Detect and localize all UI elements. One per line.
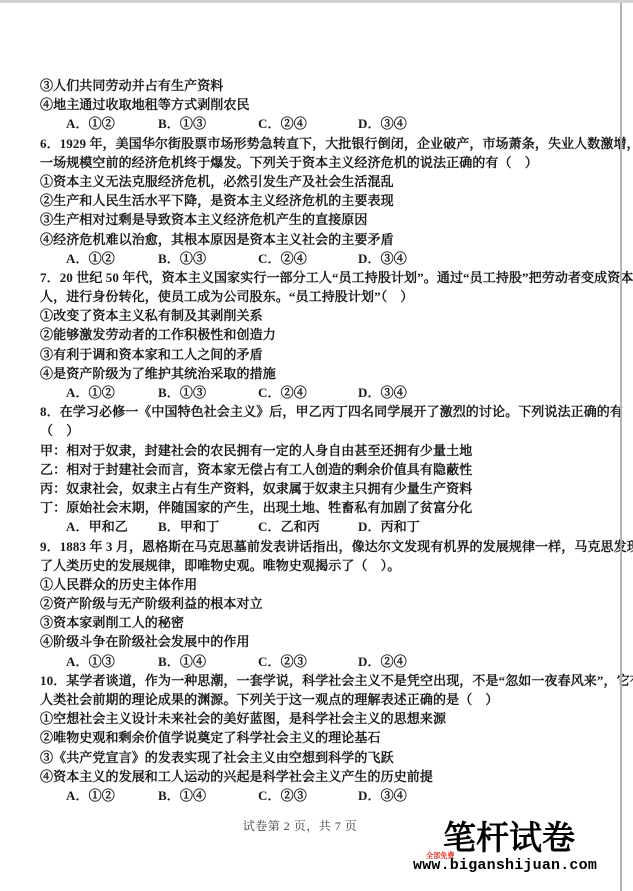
question-6-options-d: D．③④ [358,249,407,268]
question-6-options-b: B．①③ [158,249,258,268]
logo-free-badge: 全部免费 [426,850,455,861]
question-6-stem-line-2: 一场规模空前的经济危机终于爆发。下列关于资本主义经济危机的说法正确的有（ ） [40,153,606,172]
question-7-stem-line-2: 人，进行身份转化，使员工成为公司股东。“员工持股计划”（ ） [40,287,606,306]
question-7-options-a: A．①② [66,383,158,402]
question-9-stem-line-2: 了人类历史的发展规律，即唯物史观。唯物史观揭示了（ ）。 [40,556,606,575]
question-6-options-a: A．①② [66,249,158,268]
exam-content: ③人们共同劳动并占有生产资料④地主通过收取地租等方式剥削农民A．①②B．①③C．… [40,76,606,805]
page-top-border [0,0,633,3]
question-9-options-b: B．①④ [158,652,258,671]
question-8-item-4: 丁：原始社会末期，伴随国家的产生，出现土地、牲畜私有加剧了贫富分化 [40,498,606,517]
question-10-options-a: A．①② [66,786,158,805]
question-10-options-b: B．①④ [158,786,258,805]
question-7-item-2: ②能够激发劳动者的工作积极性和创造力 [40,325,606,344]
question-6-item-4: ④经济危机难以治愈，其根本原因是资本主义社会的主要矛盾 [40,230,606,249]
question-8-stem-line-2: （ ） [40,421,606,440]
question-9-options-c: C．②③ [258,652,358,671]
question-7-item-3: ③有利于调和资本家和工人之间的矛盾 [40,345,606,364]
biganshijuan-logo: 全部免费 笔杆试卷 www.biganshijuan.com [412,819,612,875]
question-7-options: A．①②B．①③C．②④D．③④ [40,383,606,402]
question-8-options: A．甲和乙B．甲和丁C．乙和丙D．丙和丁 [40,517,606,536]
question-6-item-3: ③生产相对过剩是导致资本主义经济危机产生的直接原因 [40,210,606,229]
question-6-stem-line-1: 6．1929 年，美国华尔街股票市场形势急转直下，大批银行倒闭，企业破产，市场萧… [40,134,606,153]
question-10-item-2: ②唯物史观和剩余价值学说奠定了科学社会主义的理论基石 [40,728,606,747]
question-7-options-b: B．①③ [158,383,258,402]
question-10-item-4: ④资本主义的发展和工人运动的兴起是科学社会主义产生的历史前提 [40,767,606,786]
question-9-item-2: ②资产阶级与无产阶级利益的根本对立 [40,594,606,613]
question-8-options-a: A．甲和乙 [66,517,158,536]
question-9-options: A．①③B．①④C．②③D．②④ [40,652,606,671]
question-10-options: A．①②B．①④C．②③D．③④ [40,786,606,805]
prev-question-options-b: B．①③ [158,114,258,133]
question-10-item-1: ①空想社会主义设计未来社会的美好蓝图，是科学社会主义的思想来源 [40,709,606,728]
question-8-item-1: 甲：相对于奴隶，封建社会的农民拥有一定的人身自由甚至还拥有少量土地 [40,441,606,460]
prev-question-item-1: ③人们共同劳动并占有生产资料 [40,76,606,95]
question-9-stem-line-1: 9．1883 年 3 月，恩格斯在马克思墓前发表讲话指出，像达尔文发现有机界的发… [40,537,606,556]
question-10-options-d: D．③④ [358,786,407,805]
prev-question-item-2: ④地主通过收取地租等方式剥削农民 [40,95,606,114]
prev-question-options-c: C．②④ [258,114,358,133]
question-9-item-1: ①人民群众的历史主体作用 [40,575,606,594]
question-9-item-3: ③资本家剥削工人的秘密 [40,613,606,632]
prev-question-options-d: D．③④ [358,114,407,133]
question-10-options-c: C．②③ [258,786,358,805]
question-10-item-3: ③《共产党宣言》的发表实现了社会主义由空想到科学的飞跃 [40,748,606,767]
question-7-item-4: ④是资产阶级为了维护其统治采取的措施 [40,364,606,383]
logo-title: 笔杆试卷 [443,819,612,857]
question-10-stem-line-1: 10．某学者谈道，作为一种思潮，一套学说，科学社会主义不是凭空出现，不是“忽如一… [40,671,606,690]
question-9-item-4: ④阶级斗争在阶级社会发展中的作用 [40,632,606,651]
question-9-options-d: D．②④ [358,652,407,671]
question-9-options-a: A．①③ [66,652,158,671]
question-6-options: A．①②B．①③C．②④D．③④ [40,249,606,268]
question-7-item-1: ①改变了资本主义私有制及其剥削关系 [40,306,606,325]
question-7-stem-line-1: 7．20 世纪 50 年代，资本主义国家实行一部分工人“员工持股计划”。通过“员… [40,268,606,287]
question-7-options-c: C．②④ [258,383,358,402]
question-8-item-3: 丙：奴隶社会，奴隶主占有生产资料，奴隶属于奴隶主只拥有少量生产资料 [40,479,606,498]
question-8-options-d: D．丙和丁 [358,517,420,536]
question-6-item-1: ①资本主义无法克服经济危机，必然引发生产及社会生活混乱 [40,172,606,191]
question-8-options-b: B．甲和丁 [158,517,258,536]
question-8-item-2: 乙：相对于封建社会而言，资本家无偿占有工人创造的剩余价值具有隐蔽性 [40,460,606,479]
question-7-options-d: D．③④ [358,383,407,402]
question-10-stem-line-2: 人类社会前期的理论成果的渊源。下列关于这一观点的理解表述正确的是（ ） [40,690,606,709]
question-6-item-2: ②生产和人民生活水平下降，是资本主义经济危机的主要表现 [40,191,606,210]
page-right-edge [620,3,622,891]
prev-question-options-a: A．①② [66,114,158,133]
question-6-options-c: C．②④ [258,249,358,268]
question-8-options-c: C．乙和丙 [258,517,358,536]
question-8-stem-line-1: 8．在学习必修一《中国特色社会主义》后，甲乙丙丁四名同学展开了激烈的讨论。下列说… [40,402,606,421]
prev-question-options: A．①②B．①③C．②④D．③④ [40,114,606,133]
